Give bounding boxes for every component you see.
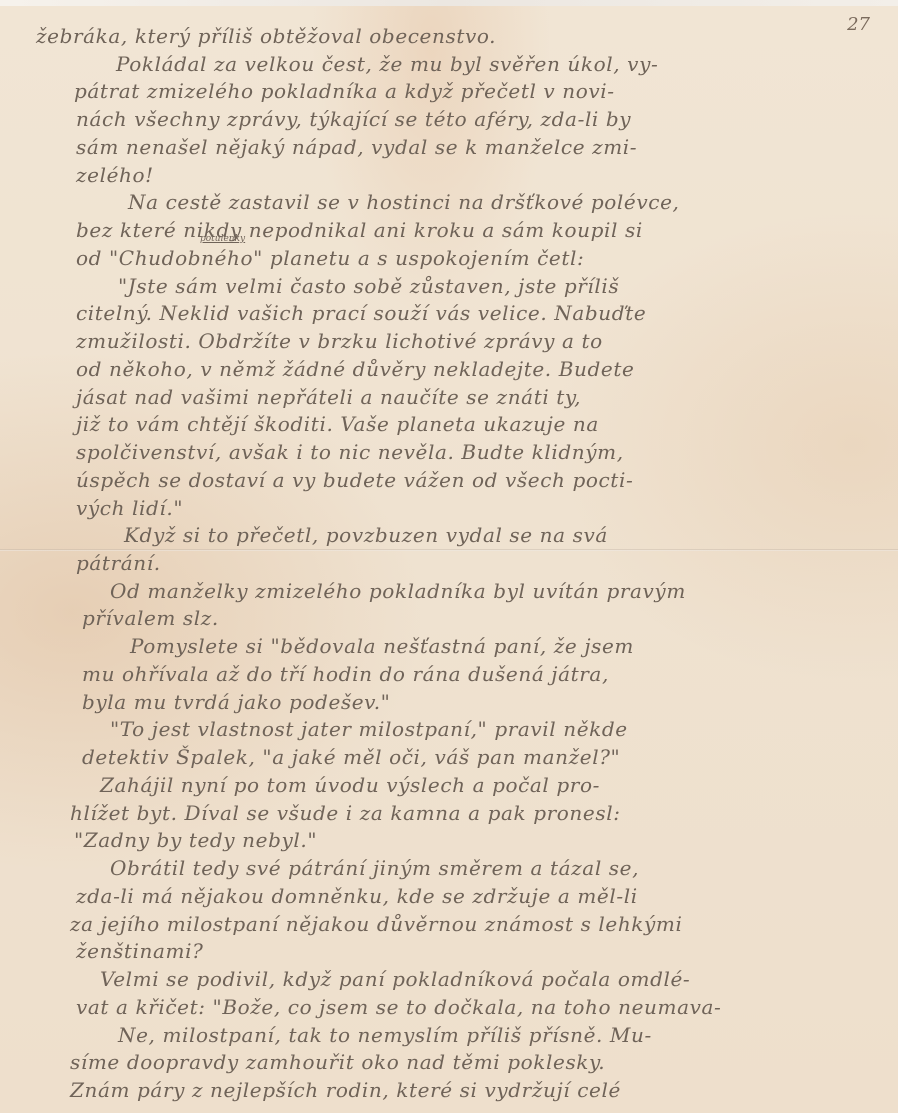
handwritten-line: detektiv Špalek, "a jaké měl oči, váš pa… <box>82 745 620 769</box>
handwritten-line: Pomyslete si "bědovala nešťastná paní, ž… <box>130 634 634 658</box>
handwritten-page: 27 žebráka, který příliš obtěžoval obece… <box>0 0 898 1113</box>
interlinear-annotation: potulenky <box>200 234 245 244</box>
handwritten-line: zmužilosti. Obdržíte v brzku lichotivé z… <box>76 329 603 353</box>
handwritten-line: Od manželky zmizelého pokladníka byl uví… <box>110 579 686 603</box>
handwritten-line: jásat nad vašimi nepřáteli a naučíte se … <box>76 385 581 409</box>
handwritten-line: pátrat zmizelého pokladníka a když přeče… <box>74 79 615 103</box>
handwritten-line: bez které nikdy nepodnikal ani kroku a s… <box>76 218 643 242</box>
handwritten-line: vat a křičet: "Bože, co jsem se to dočka… <box>76 995 721 1019</box>
handwritten-line: zelého! <box>76 163 154 187</box>
handwritten-line: pátrání. <box>76 551 161 575</box>
handwritten-line: "To jest vlastnost jater milostpaní," pr… <box>110 717 628 741</box>
handwritten-line: zda-li má nějakou domněnku, kde se zdržu… <box>76 884 638 908</box>
handwritten-line: síme doopravdy zamhouřit oko nad těmi po… <box>70 1050 605 1074</box>
handwritten-line: "Jste sám velmi často sobě zůstaven, jst… <box>118 274 619 298</box>
handwritten-line: "Zadny by tedy nebyl." <box>74 828 317 852</box>
handwritten-line: Velmi se podivil, když paní pokladníková… <box>100 967 690 991</box>
handwritten-line: mu ohřívala až do tří hodin do rána duše… <box>82 662 609 686</box>
handwritten-line: Zahájil nyní po tom úvodu výslech a poča… <box>100 773 600 797</box>
handwritten-line: Obrátil tedy své pátrání jiným směrem a … <box>110 856 639 880</box>
handwritten-line: Když si to přečetl, povzbuzen vydal se n… <box>124 523 608 547</box>
handwritten-line: ženštinami? <box>76 939 203 963</box>
handwritten-line: citelný. Neklid vašich prací souží vás v… <box>76 301 646 325</box>
handwritten-text-body: žebráka, který příliš obtěžoval obecenst… <box>0 0 898 1113</box>
handwritten-line: vých lidí." <box>76 496 183 520</box>
handwritten-line: přívalem slz. <box>82 606 219 630</box>
handwritten-line: již to vám chtějí škoditi. Vaše planeta … <box>76 412 599 436</box>
handwritten-line: úspěch se dostaví a vy budete vážen od v… <box>76 468 633 492</box>
handwritten-line: od někoho, v němž žádné důvěry nekladejt… <box>76 357 634 381</box>
handwritten-line: žebráka, který příliš obtěžoval obecenst… <box>36 24 496 48</box>
handwritten-line: byla mu tvrdá jako podešev." <box>82 690 390 714</box>
handwritten-line: sám nenašel nějaký nápad, vydal se k man… <box>76 135 637 159</box>
handwritten-line: spolčivenství, avšak i to nic nevěla. Bu… <box>76 440 624 464</box>
handwritten-line: od "Chudobného" planetu a s uspokojením … <box>76 246 584 270</box>
handwritten-line: nách všechny zprávy, týkající se této af… <box>76 107 631 131</box>
handwritten-line: Znám páry z nejlepších rodin, které si v… <box>70 1078 621 1102</box>
handwritten-line: Pokládal za velkou čest, že mu byl svěře… <box>116 52 658 76</box>
handwritten-line: Na cestě zastavil se v hostinci na dršťk… <box>128 190 679 214</box>
handwritten-line: za jejího milostpaní nějakou důvěrnou zn… <box>70 912 683 936</box>
handwritten-line: Ne, milostpaní, tak to nemyslím příliš p… <box>118 1023 652 1047</box>
handwritten-line: hlížet byt. Díval se všude i za kamna a … <box>70 801 621 825</box>
